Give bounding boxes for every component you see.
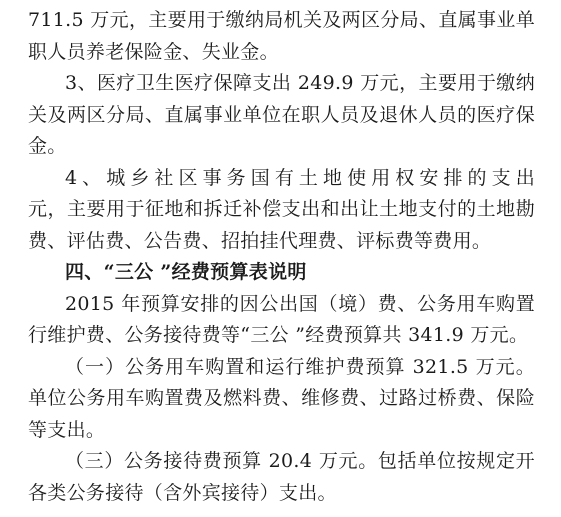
para-land-line: 费、评估费、公告费、招拍挂代理费、评标费等费用。 xyxy=(28,226,535,258)
heading-sangong: 四、“三公 ”经费预算表说明 xyxy=(28,257,535,289)
para-medical-line: 关及两区分局、直属事业单位在职人员及退休人员的医疗保险 xyxy=(28,100,535,132)
para-land-line: 元，主要用于征地和拆迁补偿支出和出让土地支付的土地勘测 xyxy=(28,194,535,226)
para-vehicle-line: 等支出。 xyxy=(28,415,535,447)
para-medical-line: 3、医疗卫生医疗保障支出 249.9 万元，主要用于缴纳局机 xyxy=(28,68,535,100)
para-reception-line: （三）公务接待费预算 20.4 万元。包括单位按规定开支的 xyxy=(28,446,535,478)
para-vehicle-line: （一）公务用车购置和运行维护费预算 321.5 万元。包括 xyxy=(28,352,535,384)
para-sangong-total-line: 行维护费、公务接待费等“三公 ”经费预算共 341.9 万元。 xyxy=(28,320,535,352)
para-medical-line: 金。 xyxy=(28,131,535,163)
para-sangong-total-line: 2015 年预算安排的因公出国（境）费、公务用车购置和运 xyxy=(28,289,535,321)
para-pension-line: 711.5 万元，主要用于缴纳局机关及两区分局、直属事业单位在 xyxy=(28,5,535,37)
document-page: 711.5 万元，主要用于缴纳局机关及两区分局、直属事业单位在 职人员养老保险金… xyxy=(0,0,561,517)
para-land-line: 4、城乡社区事务国有土地使用权安排的支出 158906.7 万 xyxy=(28,163,535,195)
para-reception-line: 各类公务接待（含外宾接待）支出。 xyxy=(28,478,535,510)
para-vehicle-line: 单位公务用车购置费及燃料费、维修费、过路过桥费、保险费 xyxy=(28,383,535,415)
para-pension-line: 职人员养老保险金、失业金。 xyxy=(28,37,535,69)
